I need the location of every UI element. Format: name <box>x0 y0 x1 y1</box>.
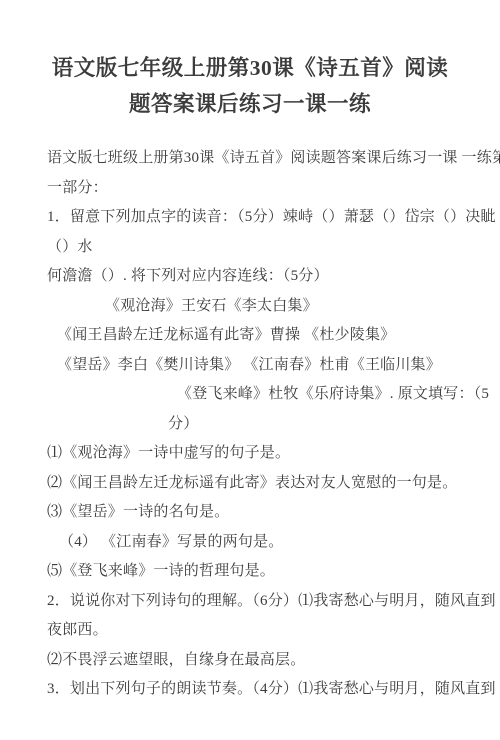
document-page: 语文版七年级上册第30课《诗五首》阅读 题答案课后练习一课一练 语文版七班级上册… <box>0 0 500 740</box>
text-line: 1．留意下列加点字的读音：（5分）竦峙（）萧瑟（）岱宗（）决眦 <box>47 203 462 233</box>
text-line: 《观沧海》王安石《李太白集》 <box>47 292 462 322</box>
title-line-1: 语文版七年级上册第30课《诗五首》阅读 <box>0 50 500 86</box>
text-line: 《望岳》李白《樊川诗集》 《江南春》杜甫《王临川集》 <box>47 351 462 381</box>
text-line: ⑸《登飞来峰》一诗的哲理句是。 <box>47 557 462 587</box>
document-body: 语文版七班级上册第30课《诗五首》阅读题答案课后练习一课 一练第一部分：1．留意… <box>0 144 500 705</box>
text-line: 何澹澹（）. 将下列对应内容连线：（5分） <box>47 262 462 292</box>
text-line: （4） 《江南春》写景的两句是。 <box>47 528 462 558</box>
text-line: （）水 <box>47 233 462 263</box>
text-line: ⑵不畏浮云遮望眼，自缘身在最高层。 <box>47 646 462 676</box>
text-line: 《登飞来峰》杜牧《乐府诗集》. 原文填写：（5 <box>47 380 462 410</box>
document-title: 语文版七年级上册第30课《诗五首》阅读 题答案课后练习一课一练 <box>0 0 500 122</box>
text-line: 语文版七班级上册第30课《诗五首》阅读题答案课后练习一课 一练第 <box>47 144 462 174</box>
text-line: 分） <box>47 410 462 440</box>
text-line: 一部分： <box>47 174 462 204</box>
text-line: 夜郎西。 <box>47 616 462 646</box>
text-line: 2．说说你对下列诗句的理解。（6分）⑴我寄愁心与明月，随风直到 <box>47 587 462 617</box>
text-line: ⑶《望岳》一诗的名句是。 <box>47 498 462 528</box>
text-line: ⑵《闻王昌龄左迁龙标遥有此寄》表达对友人宽慰的一句是。 <box>47 469 462 499</box>
text-line: 3．划出下列句子的朗读节奏。（4分）⑴我寄愁心与明月，随风直到 <box>47 675 462 705</box>
text-line: ⑴《观沧海》一诗中虚写的句子是。 <box>47 439 462 469</box>
title-line-2: 题答案课后练习一课一练 <box>0 86 500 122</box>
text-line: 《闻王昌龄左迁龙标遥有此寄》曹操 《杜少陵集》 <box>47 321 462 351</box>
